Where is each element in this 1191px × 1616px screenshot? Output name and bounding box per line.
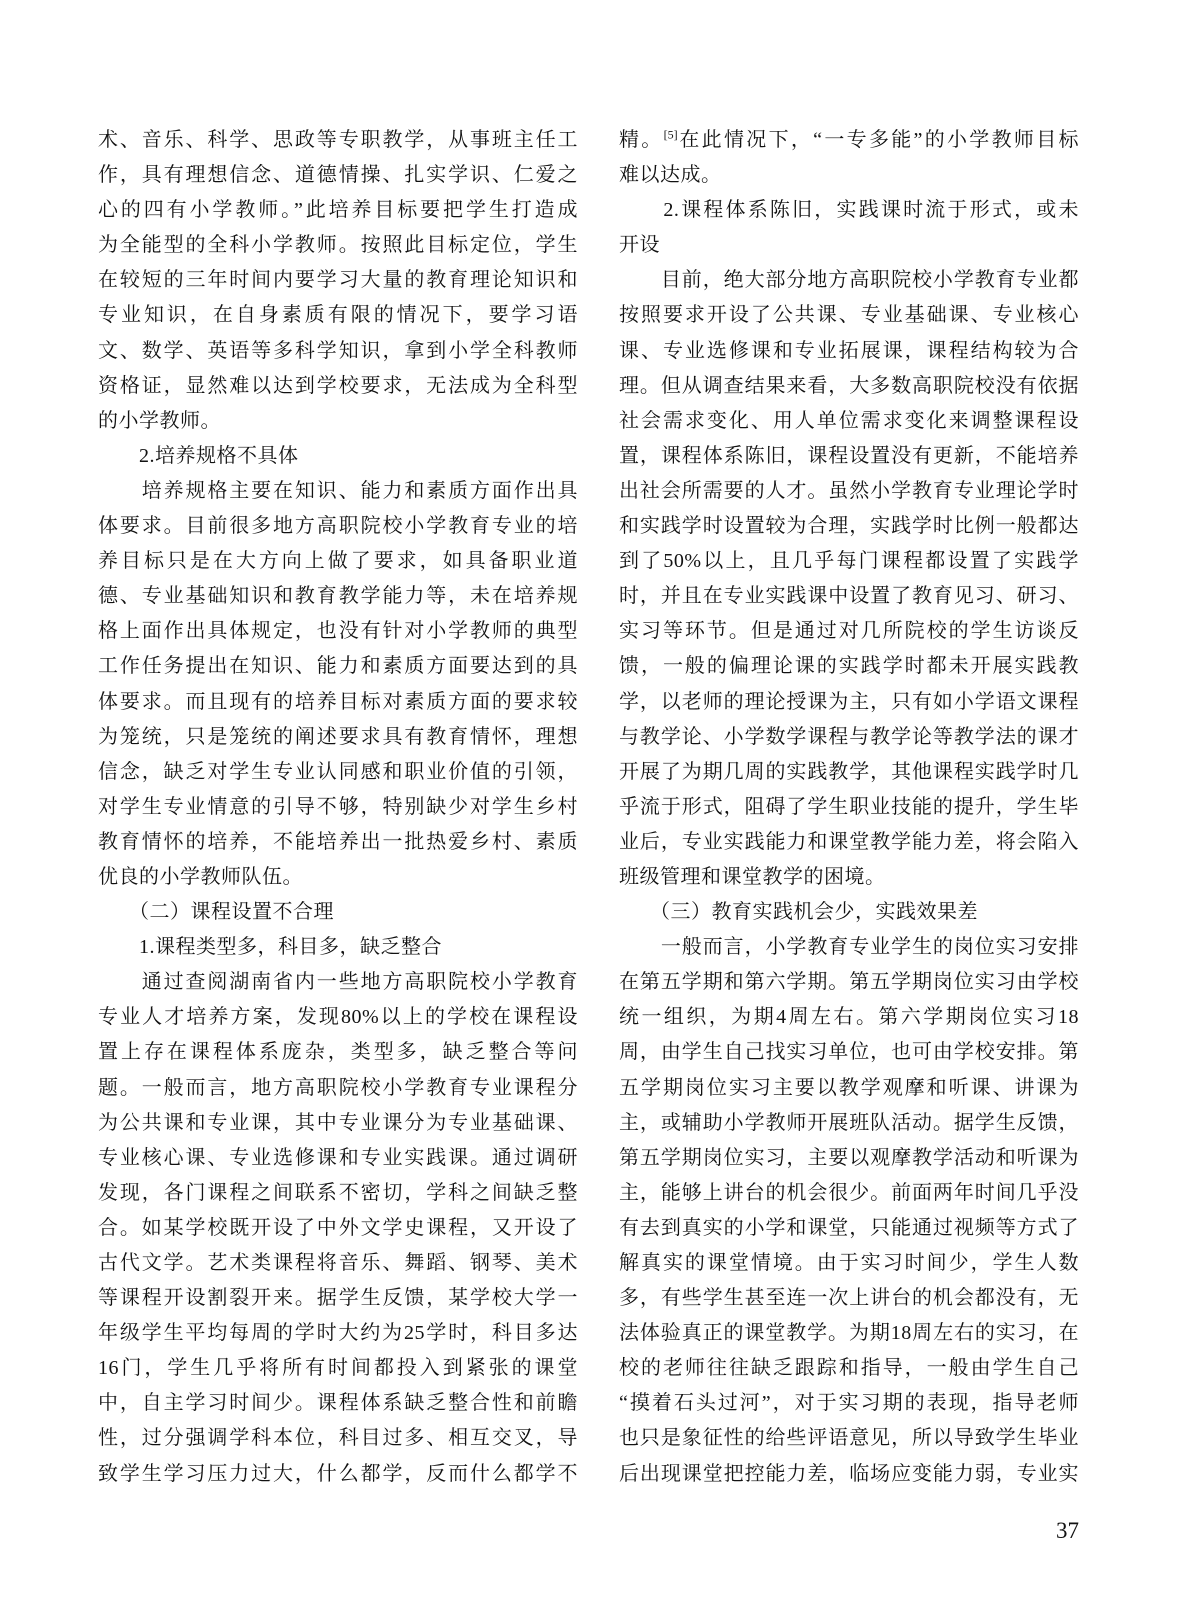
text-line: （三）教育实践机会少，实践效果差 <box>619 895 1079 930</box>
text-line: 课、专业选修课和专业拓展课，课程结构较为合 <box>619 334 1079 369</box>
text-line: 按照要求开设了公共课、专业基础课、专业核心 <box>619 298 1079 333</box>
text-line: 一般而言，小学教育专业学生的岗位实习安排 <box>619 930 1079 965</box>
text-line: 实习等环节。但是通过对几所院校的学生访谈反 <box>619 614 1079 649</box>
text-line: 在第五学期和第六学期。第五学期岗位实习由学校 <box>619 965 1079 1000</box>
text-line: 开设 <box>619 228 1079 263</box>
text-line: 开展了为期几周的实践教学，其他课程实践学时几 <box>619 755 1079 790</box>
text-line: 周，由学生自己找实习单位，也可由学校安排。第 <box>619 1035 1079 1070</box>
text-line: （二）课程设置不合理 <box>98 895 578 930</box>
text-line: 乎流于形式，阻碍了学生职业技能的提升，学生毕 <box>619 790 1079 825</box>
text-line: 与教学论、小学数学课程与教学论等教学法的课才 <box>619 720 1079 755</box>
text-line: 置上存在课程体系庞杂，类型多，缺乏整合等问 <box>98 1035 578 1070</box>
text-line: 培养规格主要在知识、能力和素质方面作出具 <box>98 474 578 509</box>
text-line: 作，具有理想信念、道德情操、扎实学识、仁爱之 <box>98 158 578 193</box>
text-line: 业后，专业实践能力和课堂教学能力差，将会陷入 <box>619 825 1079 860</box>
text-line: 多，有些学生甚至连一次上讲台的机会都没有，无 <box>619 1281 1079 1316</box>
text-line: 学，以老师的理论授课为主，只有如小学语文课程 <box>619 685 1079 720</box>
text-line: 和实践学时设置较为合理，实践学时比例一般都达 <box>619 509 1079 544</box>
text-line: 性，过分强调学科本位，科目过多、相互交叉，导 <box>98 1421 578 1456</box>
text-line: 格上面作出具体规定，也没有针对小学教师的典型 <box>98 614 578 649</box>
text-line: 16门，学生几乎将所有时间都投入到紧张的课堂 <box>98 1351 578 1386</box>
text-line: 时，并且在专业实践课中设置了教育见习、研习、 <box>619 579 1079 614</box>
text-line: 也只是象征性的给些评语意见，所以导致学生毕业 <box>619 1421 1079 1456</box>
text-line: 社会需求变化、用人单位需求变化来调整课程设 <box>619 404 1079 439</box>
column-right: 精。[5]在此情况下，“一专多能”的小学教师目标难以达成。 2.课程体系陈旧，实… <box>619 123 1079 1492</box>
text-line: 致学生学习压力过大，什么都学，反而什么都学不 <box>98 1457 578 1492</box>
text-line: 馈，一般的偏理论课的实践学时都未开展实践教 <box>619 649 1079 684</box>
text-line: 专业人才培养方案，发现80%以上的学校在课程设 <box>98 1000 578 1035</box>
text-line: 教育情怀的培养，不能培养出一批热爱乡村、素质 <box>98 825 578 860</box>
document-page: 术、音乐、科学、思政等专职教学，从事班主任工作，具有理想信念、道德情操、扎实学识… <box>0 0 1191 1616</box>
text-line: 养目标只是在大方向上做了要求，如具备职业道 <box>98 544 578 579</box>
text-line: 发现，各门课程之间联系不密切，学科之间缺乏整 <box>98 1176 578 1211</box>
text-line: 精。[5]在此情况下，“一专多能”的小学教师目标 <box>619 123 1079 158</box>
text-line: 后出现课堂把控能力差，临场应变能力弱，专业实 <box>619 1457 1079 1492</box>
text-line: 第五学期岗位实习，主要以观摩教学活动和听课为 <box>619 1141 1079 1176</box>
text-line: 工作任务提出在知识、能力和素质方面要达到的具 <box>98 649 578 684</box>
text-line: 出社会所需要的人才。虽然小学教育专业理论学时 <box>619 474 1079 509</box>
text-line: 中，自主学习时间少。课程体系缺乏整合性和前瞻 <box>98 1386 578 1421</box>
text-line: 体要求。而且现有的培养目标对素质方面的要求较 <box>98 685 578 720</box>
page-number: 37 <box>619 1515 1079 1547</box>
text-line: 到了50%以上，且几乎每门课程都设置了实践学 <box>619 544 1079 579</box>
text-line: 年级学生平均每周的学时大约为25学时，科目多达 <box>98 1316 578 1351</box>
text-line: 理。但从调查结果来看，大多数高职院校没有依据 <box>619 369 1079 404</box>
text-line: 题。一般而言，地方高职院校小学教育专业课程分 <box>98 1071 578 1106</box>
text-line: 德、专业基础知识和教育教学能力等，未在培养规 <box>98 579 578 614</box>
text-line: 为笼统，只是笼统的阐述要求具有教育情怀，理想 <box>98 720 578 755</box>
text-line: 的小学教师。 <box>98 404 578 439</box>
text-line: 专业核心课、专业选修课和专业实践课。通过调研 <box>98 1141 578 1176</box>
text-line: 主，或辅助小学教师开展班队活动。据学生反馈， <box>619 1106 1079 1141</box>
text-line: 置，课程体系陈旧，课程设置没有更新，不能培养 <box>619 439 1079 474</box>
text-line: 2.课程体系陈旧，实践课时流于形式，或未 <box>619 193 1079 228</box>
text-line: 信念，缺乏对学生专业认同感和职业价值的引领， <box>98 755 578 790</box>
text-segment: 精。 <box>619 129 664 151</box>
text-line: 在较短的三年时间内要学习大量的教育理论知识和 <box>98 263 578 298</box>
text-segment: 在此情况下，“一专多能”的小学教师目标 <box>678 129 1079 151</box>
text-line: 专业知识，在自身素质有限的情况下，要学习语 <box>98 298 578 333</box>
text-line: 有去到真实的小学和课堂，只能通过视频等方式了 <box>619 1211 1079 1246</box>
text-line: 主，能够上讲台的机会很少。前面两年时间几乎没 <box>619 1176 1079 1211</box>
text-line: 1.课程类型多，科目多，缺乏整合 <box>98 930 578 965</box>
text-line: 校的老师往往缺乏跟踪和指导，一般由学生自己 <box>619 1351 1079 1386</box>
text-line: 2.培养规格不具体 <box>98 439 578 474</box>
text-line: 对学生专业情意的引导不够，特别缺少对学生乡村 <box>98 790 578 825</box>
text-line: 五学期岗位实习主要以教学观摩和听课、讲课为 <box>619 1071 1079 1106</box>
text-line: 体要求。目前很多地方高职院校小学教育专业的培 <box>98 509 578 544</box>
text-line: 通过查阅湖南省内一些地方高职院校小学教育 <box>98 965 578 1000</box>
text-line: 解真实的课堂情境。由于实习时间少，学生人数 <box>619 1246 1079 1281</box>
text-line: 优良的小学教师队伍。 <box>98 860 578 895</box>
text-line: 为公共课和专业课，其中专业课分为专业基础课、 <box>98 1106 578 1141</box>
text-line: 古代文学。艺术类课程将音乐、舞蹈、钢琴、美术 <box>98 1246 578 1281</box>
text-line: 难以达成。 <box>619 158 1079 193</box>
text-line: 术、音乐、科学、思政等专职教学，从事班主任工 <box>98 123 578 158</box>
text-line: 为全能型的全科小学教师。按照此目标定位，学生 <box>98 228 578 263</box>
text-line: 法体验真正的课堂教学。为期18周左右的实习，在 <box>619 1316 1079 1351</box>
text-line: 统一组织，为期4周左右。第六学期岗位实习18 <box>619 1000 1079 1035</box>
text-line: 班级管理和课堂教学的困境。 <box>619 860 1079 895</box>
text-line: 等课程开设割裂开来。据学生反馈，某学校大学一 <box>98 1281 578 1316</box>
text-line: 心的四有小学教师。”此培养目标要把学生打造成 <box>98 193 578 228</box>
text-line: 文、数学、英语等多科学知识，拿到小学全科教师 <box>98 334 578 369</box>
text-line: 目前，绝大部分地方高职院校小学教育专业都 <box>619 263 1079 298</box>
footnote-reference: [5] <box>664 127 678 141</box>
column-left: 术、音乐、科学、思政等专职教学，从事班主任工作，具有理想信念、道德情操、扎实学识… <box>98 123 578 1492</box>
text-line: 合。如某学校既开设了中外文学史课程，又开设了 <box>98 1211 578 1246</box>
text-line: 资格证，显然难以达到学校要求，无法成为全科型 <box>98 369 578 404</box>
text-line: “摸着石头过河”，对于实习期的表现，指导老师 <box>619 1386 1079 1421</box>
